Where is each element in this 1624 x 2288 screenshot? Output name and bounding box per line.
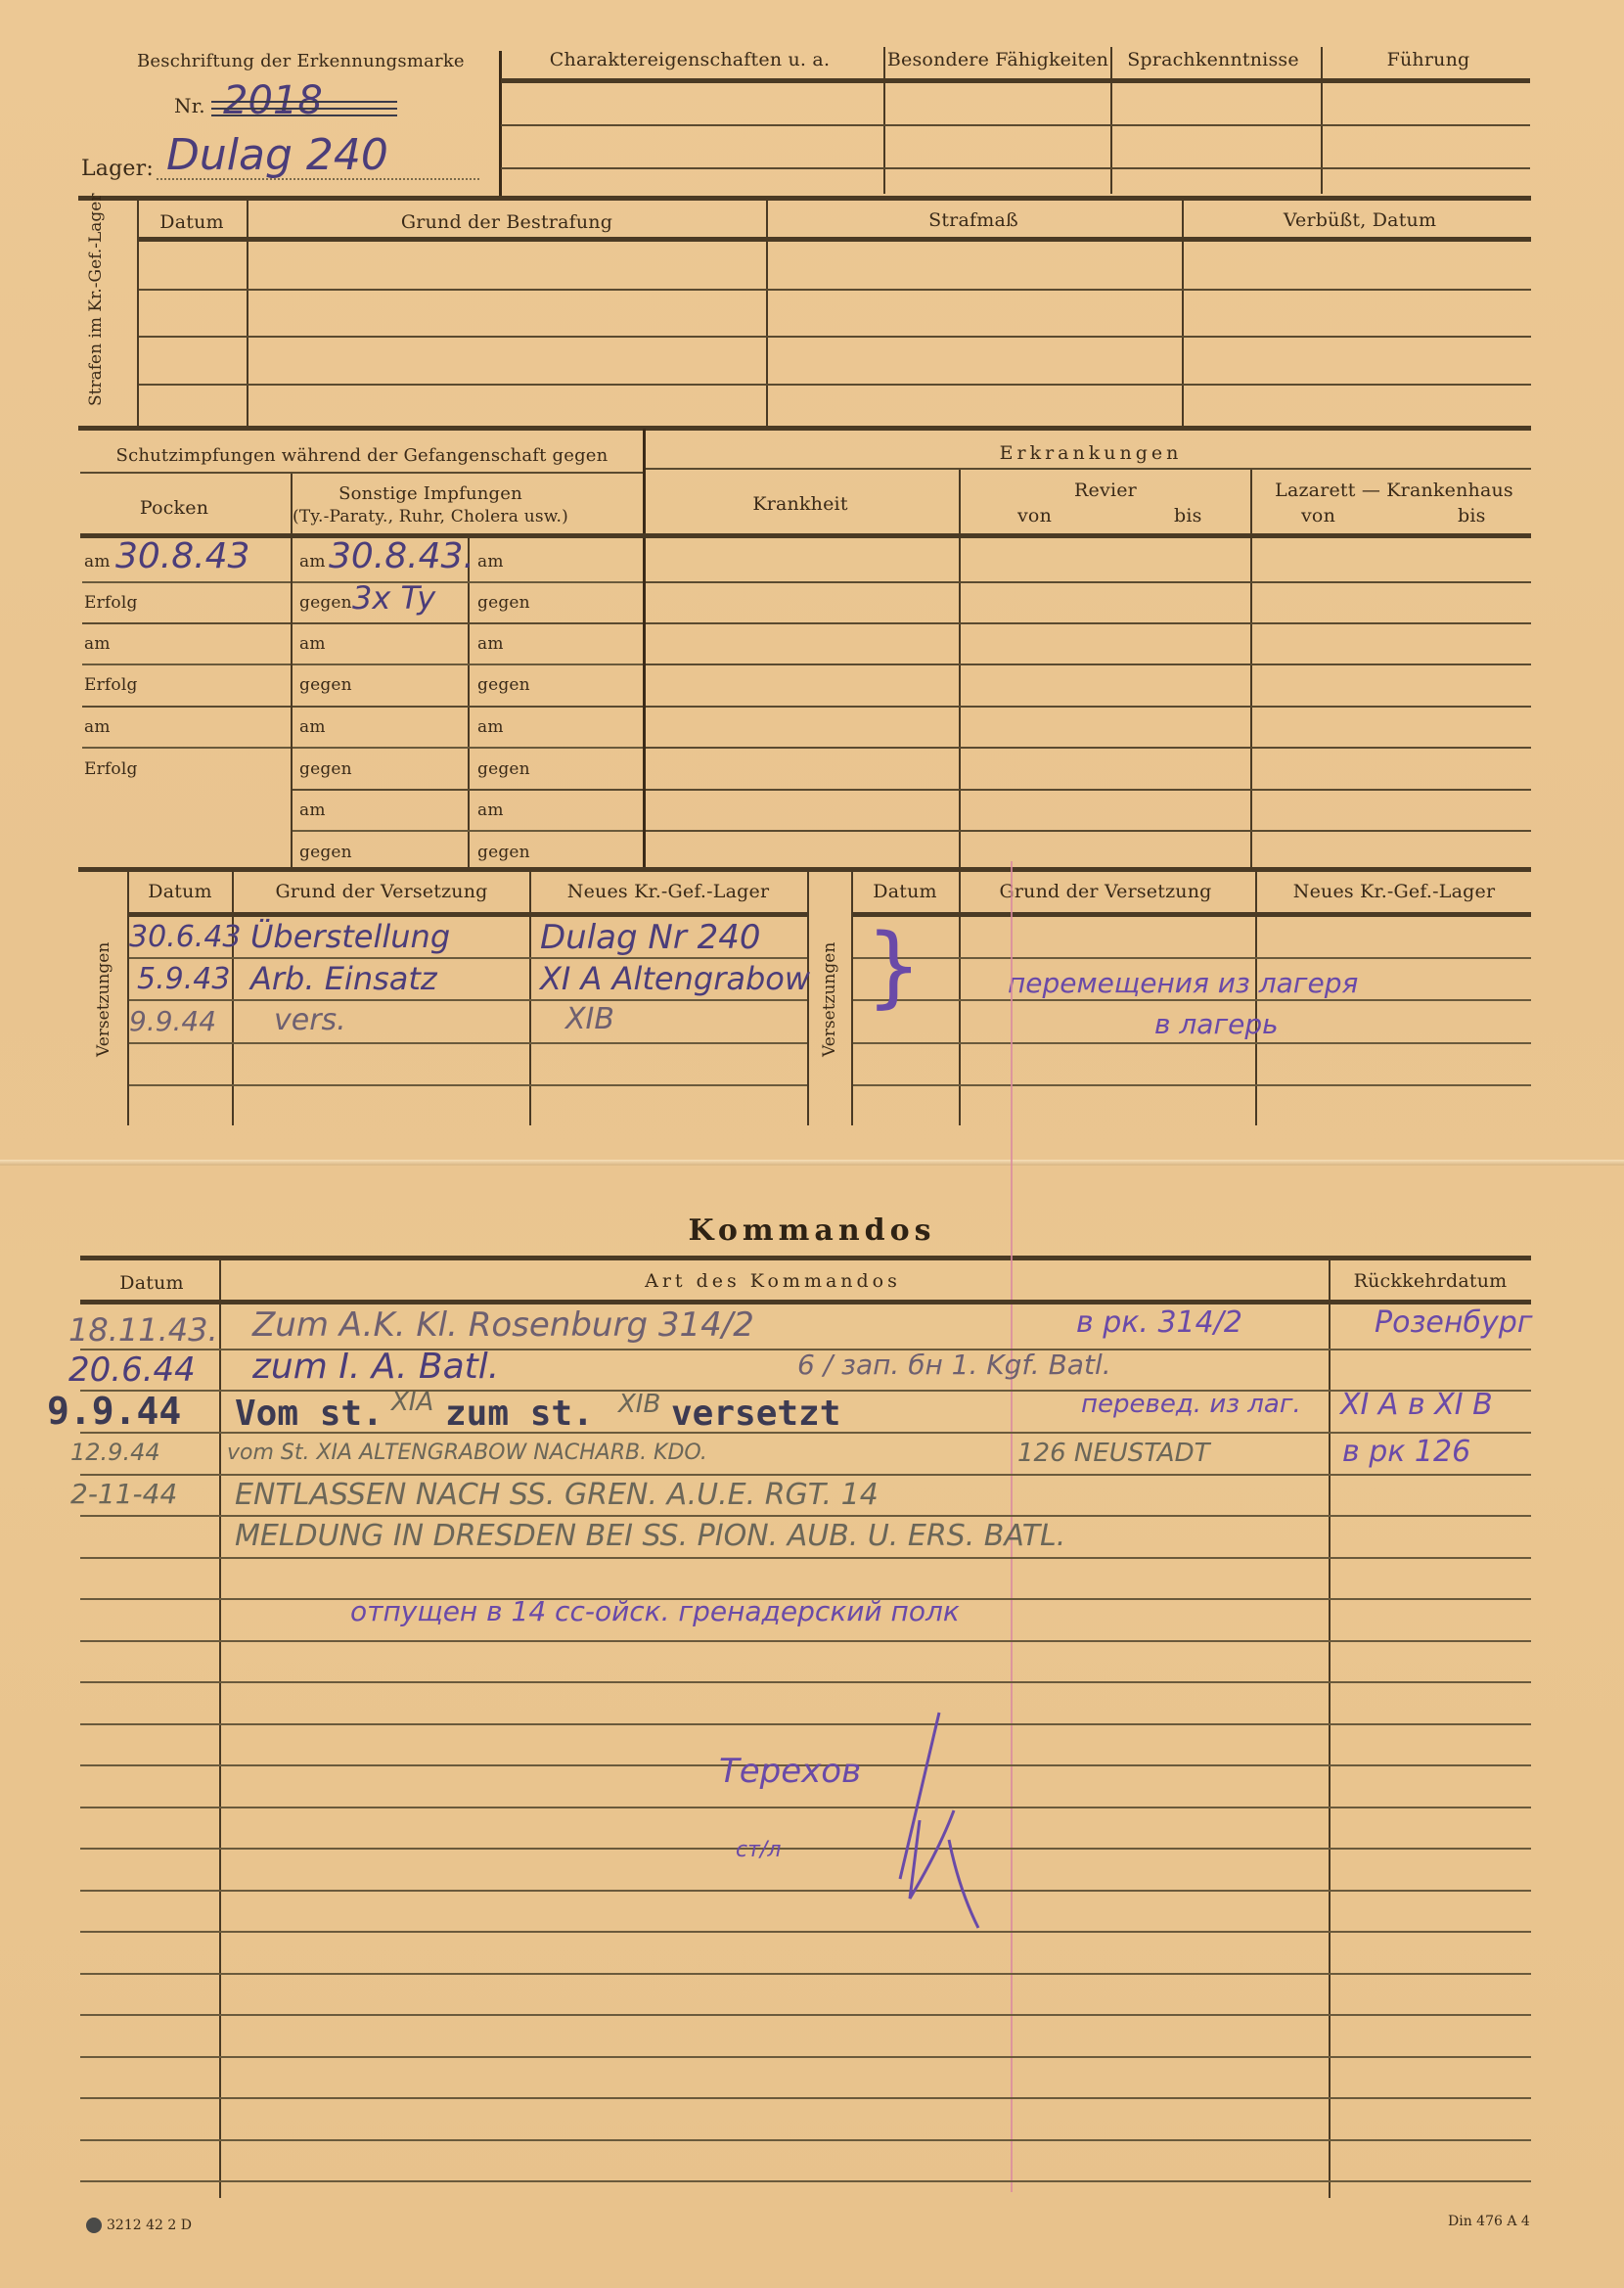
transfer-date: 9.9.44: [129, 1005, 216, 1037]
kom-col-datum: Datum: [119, 1272, 183, 1294]
other-vacc-label: gegen: [477, 675, 530, 695]
kommandos-title: Kommandos: [688, 1213, 935, 1248]
col-charakter: Charaktereigenschaften u. a.: [550, 49, 830, 70]
trans-col-lager: Neues Kr.-Gef.-Lager: [567, 881, 769, 902]
transfer-camp: XI A Altengrabow: [540, 960, 810, 997]
kom-typed-c: versetzt: [671, 1394, 840, 1434]
other-vacc-label: am: [477, 717, 504, 737]
din-label: Din 476 A 4: [1448, 2214, 1530, 2229]
revier-von: von: [1017, 505, 1052, 526]
pun-col-grund: Grund der Bestrafung: [401, 211, 612, 233]
other-vacc-label: gegen: [477, 843, 530, 862]
other-vacc-label: gegen: [299, 593, 352, 613]
nr-label: Nr.: [174, 94, 205, 117]
transfer-date: 5.9.43: [137, 962, 230, 996]
vacc-col-other-title: Sonstige Impfungen: [338, 483, 522, 504]
other-vacc-label: gegen: [299, 843, 352, 862]
col-fuehrung: Führung: [1387, 49, 1470, 70]
kom-text: ENTLASSEN NACH SS. GREN. A.U.E. RGT. 14: [235, 1478, 879, 1512]
kom-text: Zum A.K. Kl. Rosenburg 314/2: [252, 1305, 754, 1345]
kom-return: XI A в XI B: [1340, 1388, 1493, 1422]
ill-title: Erkrankungen: [1000, 442, 1183, 464]
transfer-camp: XIB: [565, 1002, 614, 1036]
other-vacc-label: gegen: [299, 759, 352, 779]
trans-col-datum-r: Datum: [873, 881, 936, 902]
trans-col-datum: Datum: [148, 881, 211, 902]
pocken-row-label: Erfolg: [84, 759, 138, 779]
pocken-row-label: am: [84, 552, 111, 572]
other-vacc-label: am: [299, 634, 326, 654]
transfer-note-ru-2: в лагерь: [1154, 1008, 1279, 1040]
transfer-note-ru: перемещения из лагеря: [1008, 967, 1358, 999]
signature-flourish-icon: [880, 1703, 998, 1938]
col-faehigkeiten: Besondere Fähigkeiten: [887, 49, 1108, 70]
other-vacc-label: gegen: [299, 675, 352, 695]
punishments-side-label: Strafen im Kr.-Gef.-Lager: [86, 240, 106, 406]
pocken-row-label: am: [84, 634, 111, 654]
kom-note: 6 / зап. бн 1. Kgf. Batl.: [797, 1349, 1111, 1381]
kom-return: Розенбург: [1375, 1305, 1533, 1340]
kom-return: в рк 126: [1342, 1435, 1470, 1469]
kom-date-typed: 9.9.44: [47, 1390, 181, 1433]
other-vacc-label: am: [299, 552, 326, 572]
kom-typed-a: Vom st.: [235, 1394, 383, 1434]
printer-mark-icon: [86, 2218, 102, 2233]
vacc-col-other-sub: (Ty.-Paraty., Ruhr, Cholera usw.): [293, 507, 568, 526]
kom-note: перевед. из лаг.: [1081, 1390, 1301, 1419]
vacc-title: Schutzimpfungen während der Gefangenscha…: [116, 445, 609, 466]
other-vacc-date: 30.8.43.: [329, 536, 474, 576]
kom-date: 20.6.44: [68, 1350, 196, 1390]
transfer-reason: Arb. Einsatz: [250, 960, 437, 997]
other-vacc-label: gegen: [477, 759, 530, 779]
kom-hw-a: XIA: [391, 1388, 433, 1417]
other-vacc-label: gegen: [477, 593, 530, 613]
ill-col-lazarett: Lazarett — Krankenhaus: [1275, 480, 1513, 501]
kom-date: 2-11-44: [70, 1478, 177, 1510]
transfer-camp: Dulag Nr 240: [540, 918, 761, 957]
kom-text: MELDUNG IN DRESDEN BEI SS. PION. AUB. U.…: [235, 1519, 1065, 1553]
trans-col-grund: Grund der Versetzung: [275, 881, 487, 902]
vacc-col-pocken: Pocken: [140, 497, 208, 519]
other-vacc-against: 3x Ty: [352, 579, 435, 617]
signature: Терехов: [719, 1752, 861, 1791]
col-sprachen: Sprachkenntnisse: [1127, 49, 1299, 70]
revier-bis: bis: [1174, 505, 1202, 526]
other-vacc-label: am: [299, 801, 326, 820]
id-tag-label: Beschriftung der Erkennungsmarke: [137, 51, 465, 71]
kom-col-rueckkehr: Rückkehrdatum: [1354, 1270, 1508, 1292]
ill-col-revier: Revier: [1074, 480, 1137, 501]
pocken-row-label: am: [84, 717, 111, 737]
transfers-side-label-right: Versetzungen: [820, 949, 839, 1057]
kom-typed-b: zum st.: [445, 1394, 594, 1434]
lazarett-bis: bis: [1458, 505, 1486, 526]
kom-hw-b: XIB: [618, 1390, 660, 1419]
form-code: 3212 42 2 D: [86, 2218, 192, 2233]
lager-label: Lager:: [81, 157, 154, 181]
lazarett-von: von: [1301, 505, 1335, 526]
pun-col-datum: Datum: [159, 211, 223, 233]
kom-note: 126 NEUSTADT: [1017, 1439, 1210, 1468]
brace-mark: }: [866, 915, 922, 1018]
kom-text: vom St. XIA ALTENGRABOW NACHARB. KDO.: [227, 1441, 707, 1465]
transfer-reason: Überstellung: [250, 918, 450, 955]
transfer-date: 30.6.43: [129, 920, 242, 954]
pocken-row-label: Erfolg: [84, 593, 138, 613]
pocken-row-label: Erfolg: [84, 675, 138, 695]
signature-title: ст/л: [736, 1838, 781, 1862]
pun-col-verbuesst: Verbüßt, Datum: [1284, 209, 1436, 231]
kom-ru-note: отпущен в 14 сс-ойск. гренадерский полк: [350, 1595, 960, 1627]
transfers-side-label: Versetzungen: [94, 939, 113, 1057]
other-vacc-label: am: [477, 552, 504, 572]
kom-date: 18.11.43.: [68, 1311, 218, 1349]
form-code-text: 3212 42 2 D: [107, 2218, 192, 2233]
trans-col-grund-r: Grund der Versetzung: [999, 881, 1211, 902]
kom-text: zum I. A. Batl.: [252, 1347, 499, 1387]
pun-col-strafmass: Strafmaß: [928, 209, 1018, 231]
ill-col-krankheit: Krankheit: [752, 493, 847, 515]
kom-date: 12.9.44: [70, 1439, 160, 1466]
kom-col-art: Art des Kommandos: [645, 1270, 901, 1292]
other-vacc-label: am: [299, 717, 326, 737]
other-vacc-label: am: [477, 801, 504, 820]
lager-value: Dulag 240: [166, 130, 388, 180]
transfer-reason: vers.: [274, 1003, 346, 1037]
trans-col-lager-r: Neues Kr.-Gef.-Lager: [1293, 881, 1495, 902]
pocken-date: 30.8.43: [115, 536, 249, 576]
kom-note: в рк. 314/2: [1076, 1305, 1242, 1340]
other-vacc-label: am: [477, 634, 504, 654]
